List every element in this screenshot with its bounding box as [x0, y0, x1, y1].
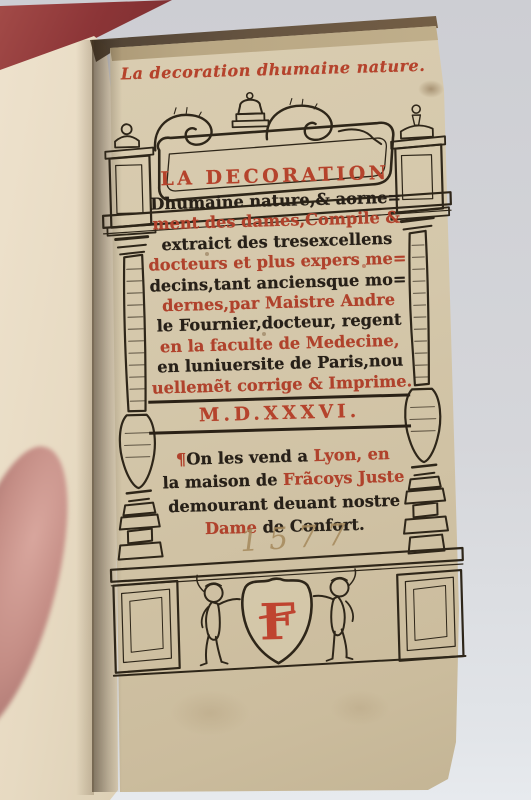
photo-canvas: La decoration dhumaine nature. [0, 0, 531, 800]
printer-shield: F [242, 578, 314, 664]
putto-left [197, 574, 242, 665]
title-block: LA DECORATION Dhumaine nature,& aorne= m… [146, 161, 410, 398]
running-title: La decoration dhumaine nature. [103, 55, 443, 83]
printed-area: La decoration dhumaine nature. [93, 50, 471, 720]
left-page-edge-shade [76, 40, 94, 795]
putto-right [313, 569, 358, 661]
printer-monogram: F [259, 592, 296, 652]
